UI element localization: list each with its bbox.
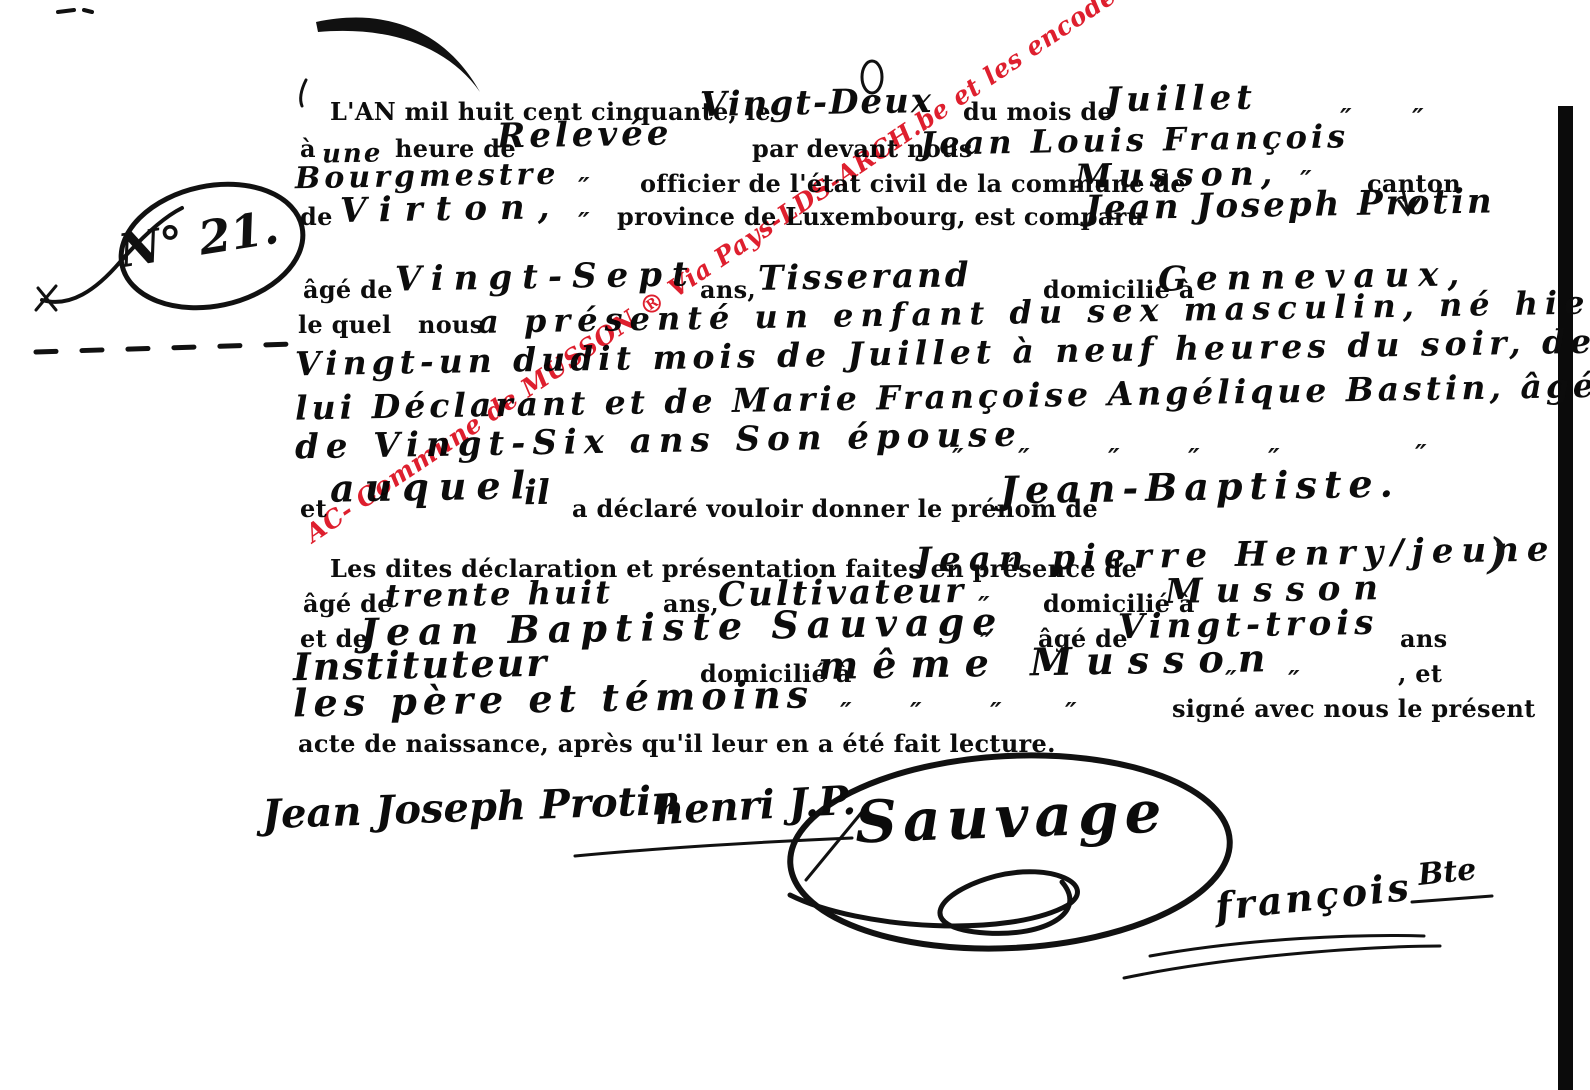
entry-month: Juillet <box>1105 81 1257 118</box>
entry-officer-name: Jean Louis François <box>920 120 1350 159</box>
entry-il: il <box>524 476 550 510</box>
idem-mark: ″ <box>1412 106 1424 132</box>
print-lequel: le quel <box>298 313 391 337</box>
entry-witness2-domicile: même Musson <box>818 639 1280 685</box>
print-de: de <box>300 205 333 229</box>
entry-day: Vingt-Deux <box>700 84 934 122</box>
entry-child-name: Jean-Baptiste. <box>1000 465 1400 510</box>
scanned-birth-record: L'AN mil huit cent cinquante, leVingt-De… <box>0 0 1590 1090</box>
entry-peres-temoins: les père et témoins <box>293 675 815 722</box>
print-a: à <box>300 137 316 161</box>
signature-henri: henri J.P. <box>654 781 857 831</box>
signature-sauvage: Sauvage <box>854 783 1168 852</box>
idem-mark: ″ <box>990 700 1002 726</box>
print-nous: nous <box>418 313 484 337</box>
idem-mark: ″ <box>910 700 922 726</box>
print-du-mois-de: du mois de <box>963 100 1113 124</box>
entry-relevee: Relevée <box>497 116 673 153</box>
flourish-paren: ) <box>1488 533 1508 575</box>
print-age-de-1: âgé de <box>303 278 393 302</box>
idem-mark: ″ <box>1225 668 1237 694</box>
print-acte-lecture: acte de naissance, après qu'il leur en a… <box>298 732 1056 756</box>
entry-declarant-profession: Tisserand <box>758 258 972 296</box>
idem-mark: ″ <box>1415 442 1427 468</box>
print-signe-avec-nous: signé avec nous le présent <box>1172 697 1536 721</box>
idem-mark: ″ <box>840 700 852 726</box>
signature-francois: françois <box>1214 868 1414 926</box>
print-province: province de Luxembourg, est comparu <box>617 205 1144 229</box>
idem-mark: ″ <box>1288 668 1300 694</box>
idem-mark: ″ <box>578 175 590 201</box>
entry-declarant-name: Jean Joseph Protin <box>1085 184 1495 225</box>
signature-francois-bte: Bte <box>1417 855 1478 891</box>
text-layer: L'AN mil huit cent cinquante, leVingt-De… <box>0 0 1590 1090</box>
entry-canton: Virton, <box>340 190 563 228</box>
print-ans-3: ans <box>1400 627 1447 651</box>
idem-mark: ″ <box>952 446 964 472</box>
idem-mark: ″ <box>1065 700 1077 726</box>
print-virgule-et: , et <box>1398 662 1442 686</box>
idem-mark: ″ <box>578 210 590 236</box>
signature-protin: Jean Joseph Protin <box>261 781 681 836</box>
